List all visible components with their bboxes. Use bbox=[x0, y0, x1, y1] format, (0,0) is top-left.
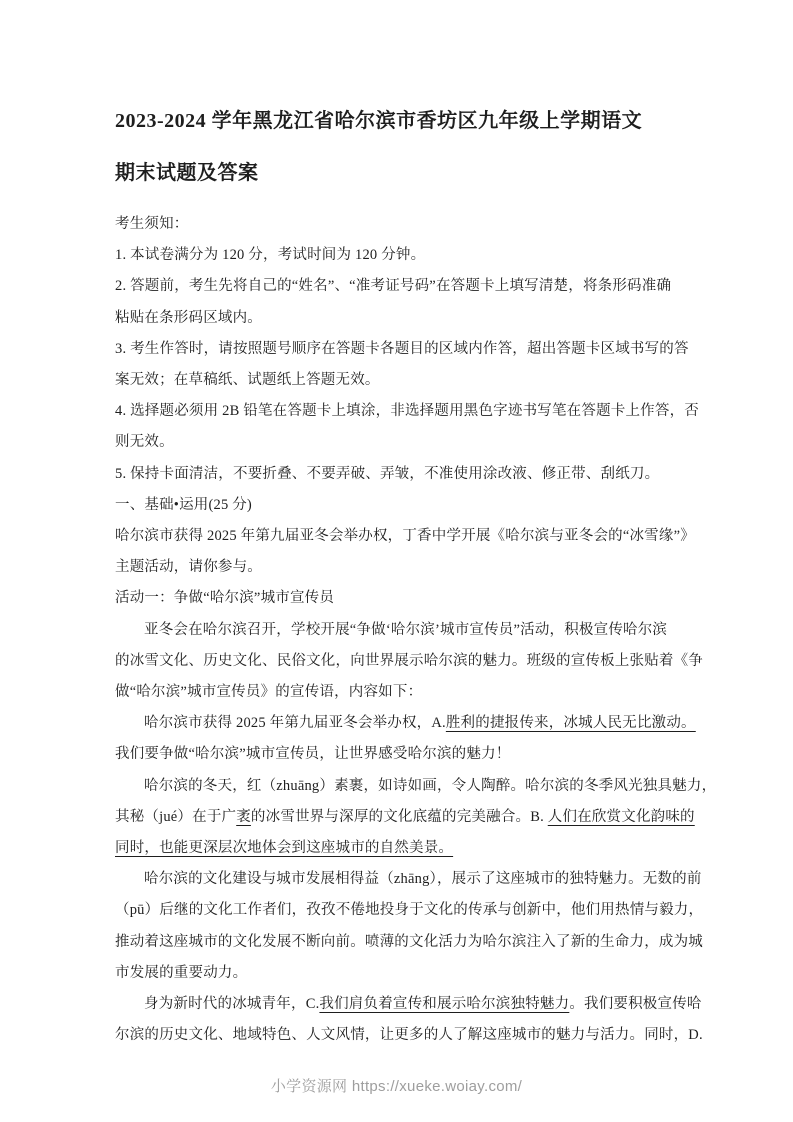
text-segment: 1. 本试卷满分为 120 分，考试时间为 120 分钟。 bbox=[115, 247, 425, 263]
footer-url: https://xueke.woiay.com/ bbox=[352, 1078, 522, 1095]
text-segment: 做“哈尔滨”城市宣传员》的宣传语，内容如下： bbox=[115, 684, 422, 700]
text-segment: 的冰雪文化、历史文化、民俗文化，向世界展示哈尔滨的魅力。班级的宣传板上张贴着《争 bbox=[115, 653, 703, 669]
text-line: 亚冬会在哈尔滨召开，学校开展“争做‘哈尔滨’城市宣传员”活动，积极宣传哈尔滨 bbox=[115, 615, 693, 646]
underlined-text-segment: 我们肩负着宣传和展示哈尔滨独特魅力 bbox=[319, 996, 569, 1012]
footer-site-name: 小学资源网 bbox=[271, 1078, 348, 1095]
text-line: 考生须知： bbox=[115, 209, 693, 240]
text-segment: 哈尔滨市获得 2025 年第九届亚冬会举办权，丁香中学开展《哈尔滨与亚冬会的“冰… bbox=[115, 528, 695, 544]
page-footer: 小学资源网 https://xueke.woiay.com/ bbox=[0, 1075, 793, 1096]
document-page: 2023-2024 学年黑龙江省哈尔滨市香坊区九年级上学期语文期末试题及答案 考… bbox=[0, 0, 793, 1122]
underlined-text-segment: 胜利的捷报传来，冰城人民无比激动。 bbox=[446, 715, 696, 731]
text-line: 身为新时代的冰城青年，C.我们肩负着宣传和展示哈尔滨独特魅力。我们要积极宣传哈 bbox=[115, 989, 693, 1020]
text-line: 尔滨的历史文化、地域特色、人文风情，让更多的人了解这座城市的魅力与活力。同时，D… bbox=[115, 1020, 693, 1051]
text-segment: 。我们要积极宣传哈 bbox=[569, 996, 701, 1012]
text-line: 市发展的重要动力。 bbox=[115, 958, 693, 989]
text-segment: 2. 答题前，考生先将自己的“姓名”、“准考证号码”在答题卡上填写清楚，将条形码… bbox=[115, 278, 671, 294]
text-line: 其秘（jué）在于广袤的冰雪世界与深厚的文化底蕴的完美融合。B. 人们在欣赏文化… bbox=[115, 802, 693, 833]
text-segment: 5. 保持卡面清洁，不要折叠、不要弄破、弄皱，不准使用涂改液、修正带、刮纸刀。 bbox=[115, 466, 659, 482]
text-segment: 粘贴在条形码区域内。 bbox=[115, 310, 262, 326]
text-line: 做“哈尔滨”城市宣传员》的宣传语，内容如下： bbox=[115, 677, 693, 708]
text-segment: 主题活动，请你参与。 bbox=[115, 559, 262, 575]
text-segment: 哈尔滨的冬天，红（zhuāng）素裹，如诗如画，令人陶醉。哈尔滨的冬季风光独具魅… bbox=[144, 778, 716, 794]
text-line: 同时，也能更深层次地体会到这座城市的自然美景。 bbox=[115, 833, 693, 864]
text-line: 活动一：争做“哈尔滨”城市宣传员 bbox=[115, 583, 693, 614]
text-line: 案无效；在草稿纸、试题纸上答题无效。 bbox=[115, 365, 693, 396]
text-segment: 我们要争做“哈尔滨”城市宣传员，让世界感受哈尔滨的魅力！ bbox=[115, 746, 510, 762]
text-line: 4. 选择题必须用 2B 铅笔在答题卡上填涂，非选择题用黑色字迹书写笔在答题卡上… bbox=[115, 396, 693, 427]
text-segment: 其秘（jué）在于广 bbox=[115, 809, 236, 825]
text-line: 哈尔滨市获得 2025 年第九届亚冬会举办权，A.胜利的捷报传来，冰城人民无比激… bbox=[115, 708, 693, 739]
text-line: 粘贴在条形码区域内。 bbox=[115, 303, 693, 334]
document-title: 2023-2024 学年黑龙江省哈尔滨市香坊区九年级上学期语文期末试题及答案 bbox=[115, 95, 693, 199]
underlined-text-segment: 袤 bbox=[236, 809, 251, 825]
text-segment: 考生须知： bbox=[115, 216, 189, 232]
text-segment: 3. 考生作答时，请按照题号顺序在答题卡各题目的区域内作答，超出答题卡区域书写的… bbox=[115, 341, 689, 357]
text-line: 哈尔滨的文化建设与城市发展相得益（zhāng），展示了这座城市的独特魅力。无数的… bbox=[115, 864, 693, 895]
text-segment: 一、基础•运用(25 分) bbox=[115, 497, 252, 513]
text-line: 则无效。 bbox=[115, 427, 693, 458]
document-body: 考生须知：1. 本试卷满分为 120 分，考试时间为 120 分钟。2. 答题前… bbox=[115, 209, 693, 1051]
text-line: 哈尔滨市获得 2025 年第九届亚冬会举办权，丁香中学开展《哈尔滨与亚冬会的“冰… bbox=[115, 521, 693, 552]
text-line: （pū）后继的文化工作者们，孜孜不倦地投身于文化的传承与创新中，他们用热情与毅力… bbox=[115, 895, 693, 926]
text-line: 哈尔滨的冬天，红（zhuāng）素裹，如诗如画，令人陶醉。哈尔滨的冬季风光独具魅… bbox=[115, 771, 693, 802]
text-segment: 市发展的重要动力。 bbox=[115, 965, 247, 981]
text-segment: 尔滨的历史文化、地域特色、人文风情，让更多的人了解这座城市的魅力与活力。同时，D… bbox=[115, 1027, 703, 1043]
text-line: 的冰雪文化、历史文化、民俗文化，向世界展示哈尔滨的魅力。班级的宣传板上张贴着《争 bbox=[115, 646, 693, 677]
text-segment: 身为新时代的冰城青年，C. bbox=[144, 996, 319, 1012]
text-segment: 案无效；在草稿纸、试题纸上答题无效。 bbox=[115, 372, 380, 388]
text-segment: 则无效。 bbox=[115, 434, 174, 450]
underlined-text-segment: 人们在欣赏文化韵味的 bbox=[548, 809, 695, 825]
document-content: 2023-2024 学年黑龙江省哈尔滨市香坊区九年级上学期语文期末试题及答案 考… bbox=[0, 0, 793, 1051]
text-segment: 亚冬会在哈尔滨召开，学校开展“争做‘哈尔滨’城市宣传员”活动，积极宣传哈尔滨 bbox=[144, 622, 667, 638]
text-line: 推动着这座城市的文化发展不断向前。喷薄的文化活力为哈尔滨注入了新的生命力，成为城 bbox=[115, 927, 693, 958]
text-line: 主题活动，请你参与。 bbox=[115, 552, 693, 583]
text-line: 我们要争做“哈尔滨”城市宣传员，让世界感受哈尔滨的魅力！ bbox=[115, 739, 693, 770]
text-line: 5. 保持卡面清洁，不要折叠、不要弄破、弄皱，不准使用涂改液、修正带、刮纸刀。 bbox=[115, 459, 693, 490]
title-line: 2023-2024 学年黑龙江省哈尔滨市香坊区九年级上学期语文 bbox=[115, 95, 693, 147]
text-line: 3. 考生作答时，请按照题号顺序在答题卡各题目的区域内作答，超出答题卡区域书写的… bbox=[115, 334, 693, 365]
text-segment: 哈尔滨市获得 2025 年第九届亚冬会举办权，A. bbox=[144, 715, 446, 731]
underlined-text-segment: 同时，也能更深层次地体会到这座城市的自然美景。 bbox=[115, 840, 453, 856]
title-line: 期末试题及答案 bbox=[115, 147, 693, 199]
text-segment: 活动一：争做“哈尔滨”城市宣传员 bbox=[115, 590, 334, 606]
text-segment: （pū）后继的文化工作者们，孜孜不倦地投身于文化的传承与创新中，他们用热情与毅力… bbox=[115, 902, 703, 918]
text-line: 1. 本试卷满分为 120 分，考试时间为 120 分钟。 bbox=[115, 240, 693, 271]
text-segment: 哈尔滨的文化建设与城市发展相得益（zhāng），展示了这座城市的独特魅力。无数的… bbox=[144, 871, 702, 887]
text-segment: 推动着这座城市的文化发展不断向前。喷薄的文化活力为哈尔滨注入了新的生命力，成为城 bbox=[115, 934, 703, 950]
text-line: 2. 答题前，考生先将自己的“姓名”、“准考证号码”在答题卡上填写清楚，将条形码… bbox=[115, 271, 693, 302]
text-segment: 4. 选择题必须用 2B 铅笔在答题卡上填涂，非选择题用黑色字迹书写笔在答题卡上… bbox=[115, 403, 699, 419]
text-segment: 的冰雪世界与深厚的文化底蕴的完美融合。B. bbox=[251, 809, 548, 825]
text-line: 一、基础•运用(25 分) bbox=[115, 490, 693, 521]
